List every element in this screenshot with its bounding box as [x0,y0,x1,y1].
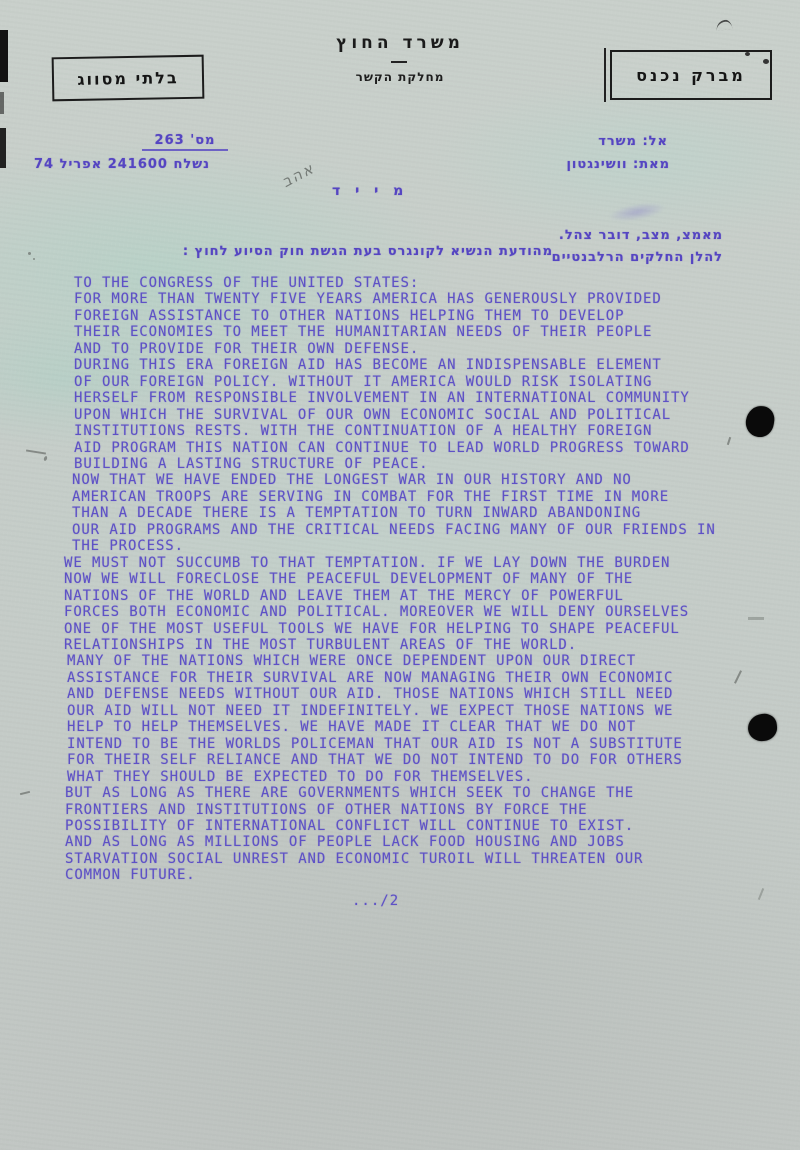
ink-smudge [607,199,667,225]
ministry-title: משרד החוץ [300,33,500,53]
body-line: MANY OF THE NATIONS WHICH WERE ONCE DEPE… [67,653,744,669]
body-line: ASSISTANCE FOR THEIR SURVIVAL ARE NOW MA… [67,670,744,686]
body-line: FOR MORE THAN TWENTY FIVE YEARS AMERICA … [74,291,744,307]
body-line: STARVATION SOCIAL UNREST AND ECONOMIC TU… [65,851,744,867]
body-line: DURING THIS ERA FOREIGN AID HAS BECOME A… [74,357,744,373]
body-line: TO THE CONGRESS OF THE UNITED STATES: [74,275,744,291]
body-line: FOREIGN ASSISTANCE TO OTHER NATIONS HELP… [74,308,744,324]
priority-marking: מ י י ד [332,183,408,199]
pencil-annotation: אהב [279,159,318,191]
pencil-mark [26,449,46,454]
body-line: OF OUR FOREIGN POLICY. WITHOUT IT AMERIC… [74,374,744,390]
pencil-mark [43,456,48,462]
body-line: FOR THEIR SELF RELIANCE AND THAT WE DO N… [67,752,744,768]
body-line: THEIR ECONOMIES TO MEET THE HUMANITARIAN… [74,324,744,340]
unclassified-stamp: בלתי מסווג [52,55,205,102]
body-line: AND AS LONG AS MILLIONS OF PEOPLE LACK F… [65,834,744,850]
body-line: INSTITUTIONS RESTS. WITH THE CONTINUATIO… [74,423,744,439]
incoming-telegram-stamp: מברק נכנס [610,50,772,100]
body-line: THAN A DECADE THERE IS A TEMPTATION TO T… [72,505,744,521]
scanned-telegram-page: בלתי מסווג מברק נכנס משרד החוץ מחלקת הקש… [0,0,800,1150]
pencil-mark [20,791,30,795]
page-continuation-marker: .../2 [352,893,399,909]
department-subtitle: מחלקת הקשר [300,70,500,84]
meta-sent-field: נשלח 241600 אפריל 74 [34,157,210,172]
pencil-mark [758,888,764,900]
body-line: BUT AS LONG AS THERE ARE GOVERNMENTS WHI… [65,785,744,801]
punch-hole [744,404,776,439]
body-line: AMERICAN TROOPS ARE SERVING IN COMBAT FO… [72,489,744,505]
body-line: THE PROCESS. [72,538,744,554]
body-line: ONE OF THE MOST USEFUL TOOLS WE HAVE FOR… [64,621,744,637]
body-line: NOW THAT WE HAVE ENDED THE LONGEST WAR I… [72,472,744,488]
body-line: AND DEFENSE NEEDS WITHOUT OUR AID. THOSE… [67,686,744,702]
unclassified-stamp-label: בלתי מסווג [77,68,179,89]
body-line: OUR AID PROGRAMS AND THE CRITICAL NEEDS … [72,522,744,538]
body-line: BUILDING A LASTING STRUCTURE OF PEACE. [74,456,744,472]
body-line: INTEND TO BE THE WORLDS POLICEMAN THAT O… [67,736,744,752]
meta-to-field: אל: משרד [598,134,668,149]
body-line: POSSIBILITY OF INTERNATIONAL CONFLICT WI… [65,818,744,834]
punch-hole [747,713,779,743]
subject-line: מאמצ, מצב, דובר צהל. [559,228,723,243]
body-line: FRONTIERS AND INSTITUTIONS OF OTHER NATI… [65,802,744,818]
pencil-mark [748,617,764,620]
meta-from-field: מאת: וושינגטון [566,157,670,172]
pen-scribble [715,19,732,31]
stamp-border-line [604,48,606,102]
body-line: FORCES BOTH ECONOMIC AND POLITICAL. MORE… [64,604,744,620]
body-line: WE MUST NOT SUCCUMB TO THAT TEMPTATION. … [64,555,744,571]
intro-line-right: להלן החלקים הרלבנטיים [552,250,723,265]
scan-edge-artifact [0,30,8,82]
body-line: NATIONS OF THE WORLD AND LEAVE THEM AT T… [64,588,744,604]
header-divider [391,61,407,63]
body-line: AND TO PROVIDE FOR THEIR OWN DEFENSE. [74,341,744,357]
body-line: UPON WHICH THE SURVIVAL OF OUR OWN ECONO… [74,407,744,423]
body-line: OUR AID WILL NOT NEED IT INDEFINITELY. W… [67,703,744,719]
scan-edge-artifact [0,128,6,168]
body-line: NOW WE WILL FORECLOSE THE PEACEFUL DEVEL… [64,571,744,587]
body-line: RELATIONSHIPS IN THE MOST TURBULENT AREA… [64,637,744,653]
margin-speck [28,252,31,255]
body-line: COMMON FUTURE. [65,867,744,883]
incoming-telegram-stamp-label: מברק נכנס [636,66,746,85]
margin-speck [33,258,35,260]
body-line: HELP TO HELP THEMSELVES. WE HAVE MADE IT… [67,719,744,735]
intro-line-left: מהודעת הנשיא לקונגרס בעת הגשת חוק הסיוע … [183,244,553,259]
scan-edge-artifact [0,92,4,114]
body-line: AID PROGRAM THIS NATION CAN CONTINUE TO … [74,440,744,456]
body-line: WHAT THEY SHOULD BE EXPECTED TO DO FOR T… [67,769,744,785]
body-line: HERSELF FROM RESPONSIBLE INVOLVEMENT IN … [74,390,744,406]
body-text: TO THE CONGRESS OF THE UNITED STATES:FOR… [64,275,744,884]
meta-telegram-number: מס' 263 [142,133,228,151]
